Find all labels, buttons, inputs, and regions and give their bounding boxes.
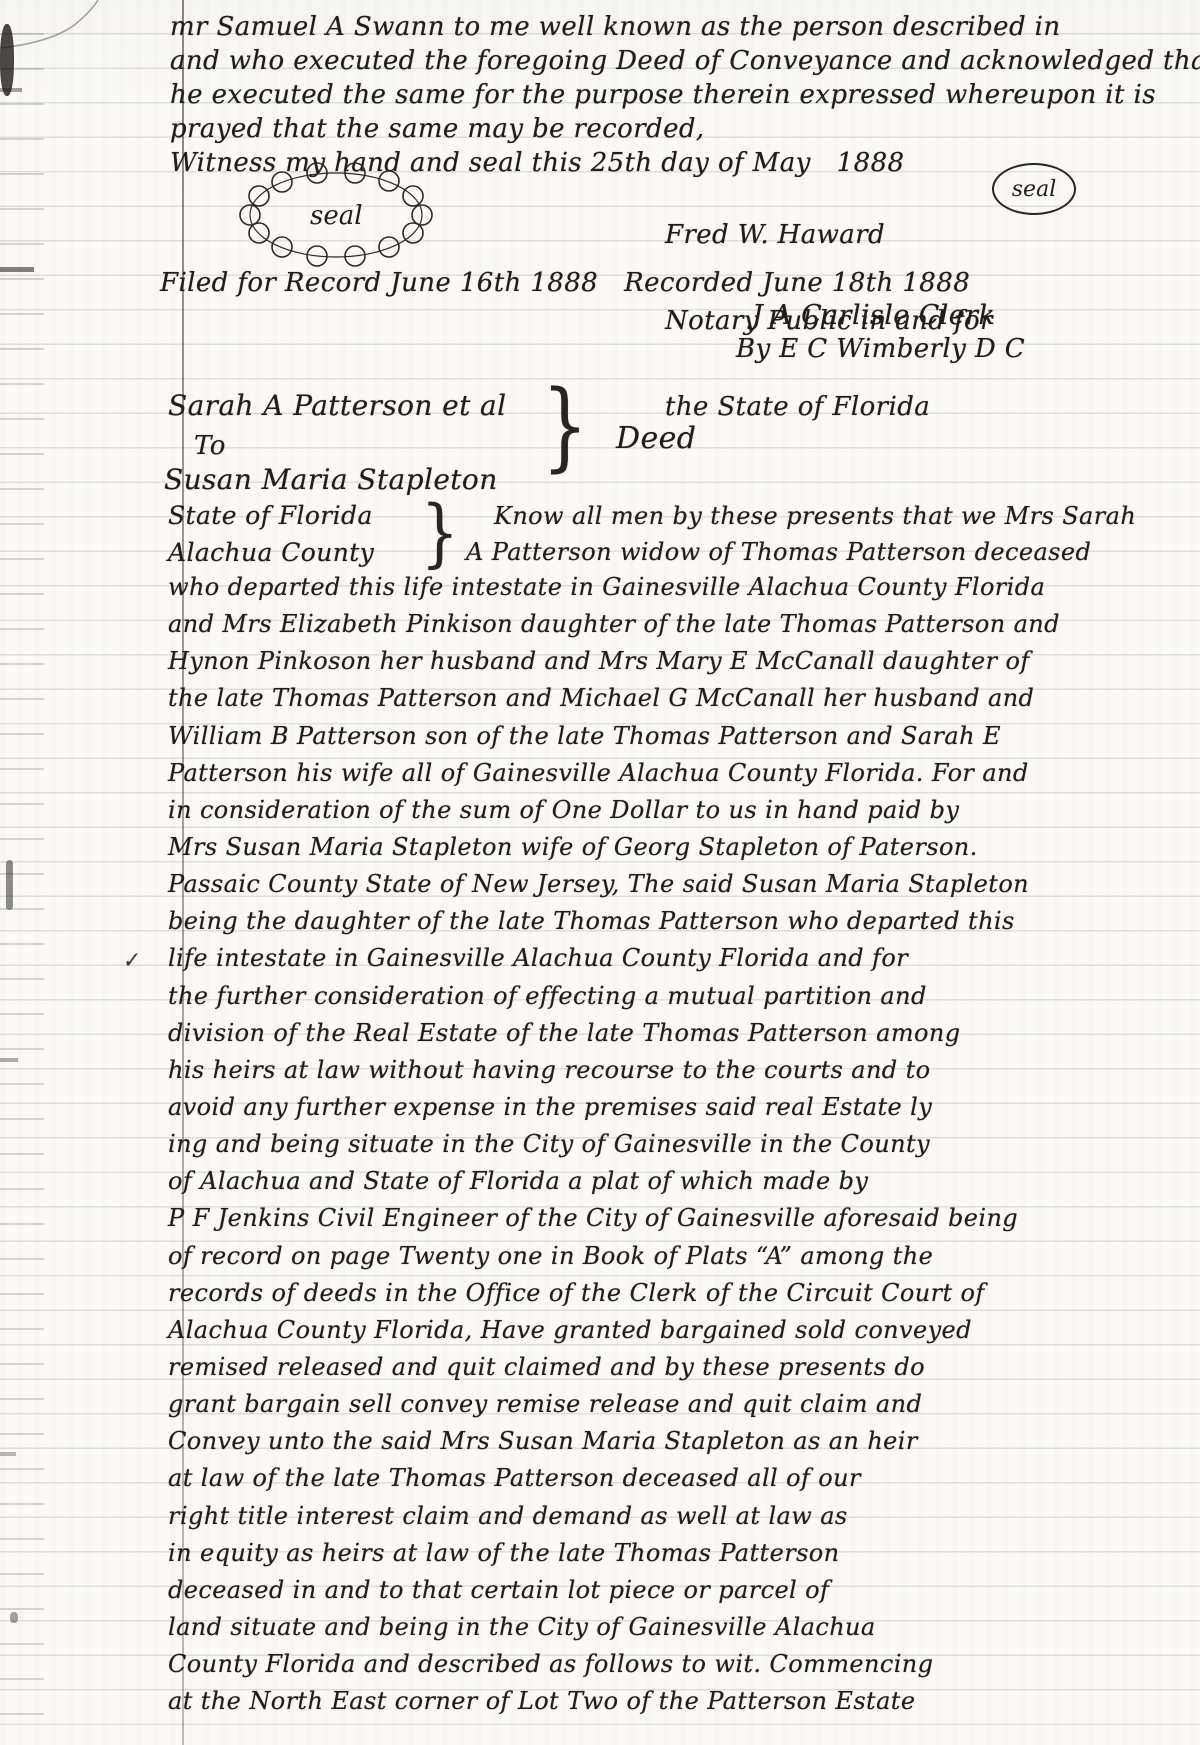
notary-signature: Fred W. Haward [665, 222, 993, 256]
edge-mark [10, 1612, 18, 1623]
jurat-state-label: State of Florida [168, 503, 373, 528]
document-line: A Patterson widow of Thomas Patterson de… [466, 540, 1091, 564]
document-line: land situate and being in the City of Ga… [168, 1615, 1060, 1652]
document-line: and who executed the foregoing Deed of C… [170, 48, 1200, 82]
document-line: prayed that the same may be recorded, [170, 116, 1200, 150]
document-line: Convey unto the said Mrs Susan Maria Sta… [168, 1429, 1060, 1466]
document-line: life intestate in Gainesville Alachua Co… [168, 946, 1060, 983]
document-line: being the daughter of the late Thomas Pa… [168, 909, 1060, 946]
notary-title-line: the State of Florida [665, 394, 993, 428]
document-line: at law of the late Thomas Patterson dece… [168, 1466, 1060, 1503]
document-line: division of the Real Estate of the late … [168, 1021, 1060, 1058]
torn-corner-mark [0, 0, 120, 60]
document-line: in equity as heirs at law of the late Th… [168, 1541, 1060, 1578]
document-line: Know all men by these presents that we M… [494, 504, 1136, 528]
document-line: and Mrs Elizabeth Pinkison daughter of t… [168, 612, 1060, 649]
margin-checkmark: ✓ [121, 949, 141, 971]
document-line: ing and being situate in the City of Gai… [168, 1132, 1060, 1169]
caption-brace: } [542, 378, 588, 474]
document-line: he executed the same for the purpose the… [170, 82, 1200, 116]
document-line: records of deeds in the Office of the Cl… [168, 1281, 1060, 1318]
document-line: in consideration of the sum of One Dolla… [168, 798, 1060, 835]
edge-mark [0, 267, 34, 272]
document-line: the late Thomas Patterson and Michael G … [168, 686, 1060, 723]
document-line: P F Jenkins Civil Engineer of the City o… [168, 1206, 1060, 1243]
edge-mark [0, 88, 22, 92]
notary-seal-doodle: seal [228, 156, 450, 274]
document-line: Hynon Pinkoson her husband and Mrs Mary … [168, 649, 1060, 686]
caption-grantor: Sarah A Patterson et al [168, 392, 506, 420]
edge-mark [0, 1058, 18, 1062]
scanned-deed-page: mr Samuel A Swann to me well known as th… [0, 0, 1200, 1745]
document-line: at the North East corner of Lot Two of t… [168, 1689, 1060, 1726]
document-line: deceased in and to that certain lot piec… [168, 1578, 1060, 1615]
document-line: Mrs Susan Maria Stapleton wife of Georg … [168, 835, 1060, 872]
jurat-county-label: Alachua County [168, 540, 374, 565]
document-line: of record on page Twenty one in Book of … [168, 1244, 1060, 1281]
caption-instrument-label: Deed [616, 424, 696, 454]
document-line: avoid any further expense in the premise… [168, 1095, 1060, 1132]
edge-mark [0, 1452, 16, 1456]
seal-word: seal [1012, 177, 1056, 202]
document-line: Patterson his wife all of Gainesville Al… [168, 761, 1060, 798]
document-line: mr Samuel A Swann to me well known as th… [170, 14, 1200, 48]
filing-record-line: Filed for Record June 16th 1888 Recorded… [160, 270, 970, 296]
document-line: Passaic County State of New Jersey, The … [168, 872, 1060, 909]
seal-word: seal [310, 201, 363, 231]
document-line: County Florida and described as follows … [168, 1652, 1060, 1689]
document-line: of Alachua and State of Florida a plat o… [168, 1169, 1060, 1206]
document-line: who departed this life intestate in Gain… [168, 575, 1060, 612]
document-line: the further consideration of effecting a… [168, 984, 1060, 1021]
document-line: grant bargain sell convey remise release… [168, 1392, 1060, 1429]
binding-ink-blob [0, 24, 14, 96]
document-line: right title interest claim and demand as… [168, 1504, 1060, 1541]
jurat-brace: } [421, 496, 459, 570]
document-line: William B Patterson son of the late Thom… [168, 724, 1060, 761]
document-line: his heirs at law without having recourse… [168, 1058, 1060, 1095]
document-line: remised released and quit claimed and by… [168, 1355, 1060, 1392]
deputy-clerk-signature: By E C Wimberly D C [736, 336, 1025, 362]
caption-to: To [194, 433, 226, 459]
clerk-signature: J A Carlisle Clerk [752, 302, 995, 329]
edge-mark [6, 860, 13, 910]
ruled-lines-left-stubs [0, 0, 44, 1745]
seal-annotation-oval: seal [992, 163, 1076, 215]
document-line: Alachua County Florida, Have granted bar… [168, 1318, 1060, 1355]
deed-body-block: who departed this life intestate in Gain… [168, 575, 1060, 1726]
